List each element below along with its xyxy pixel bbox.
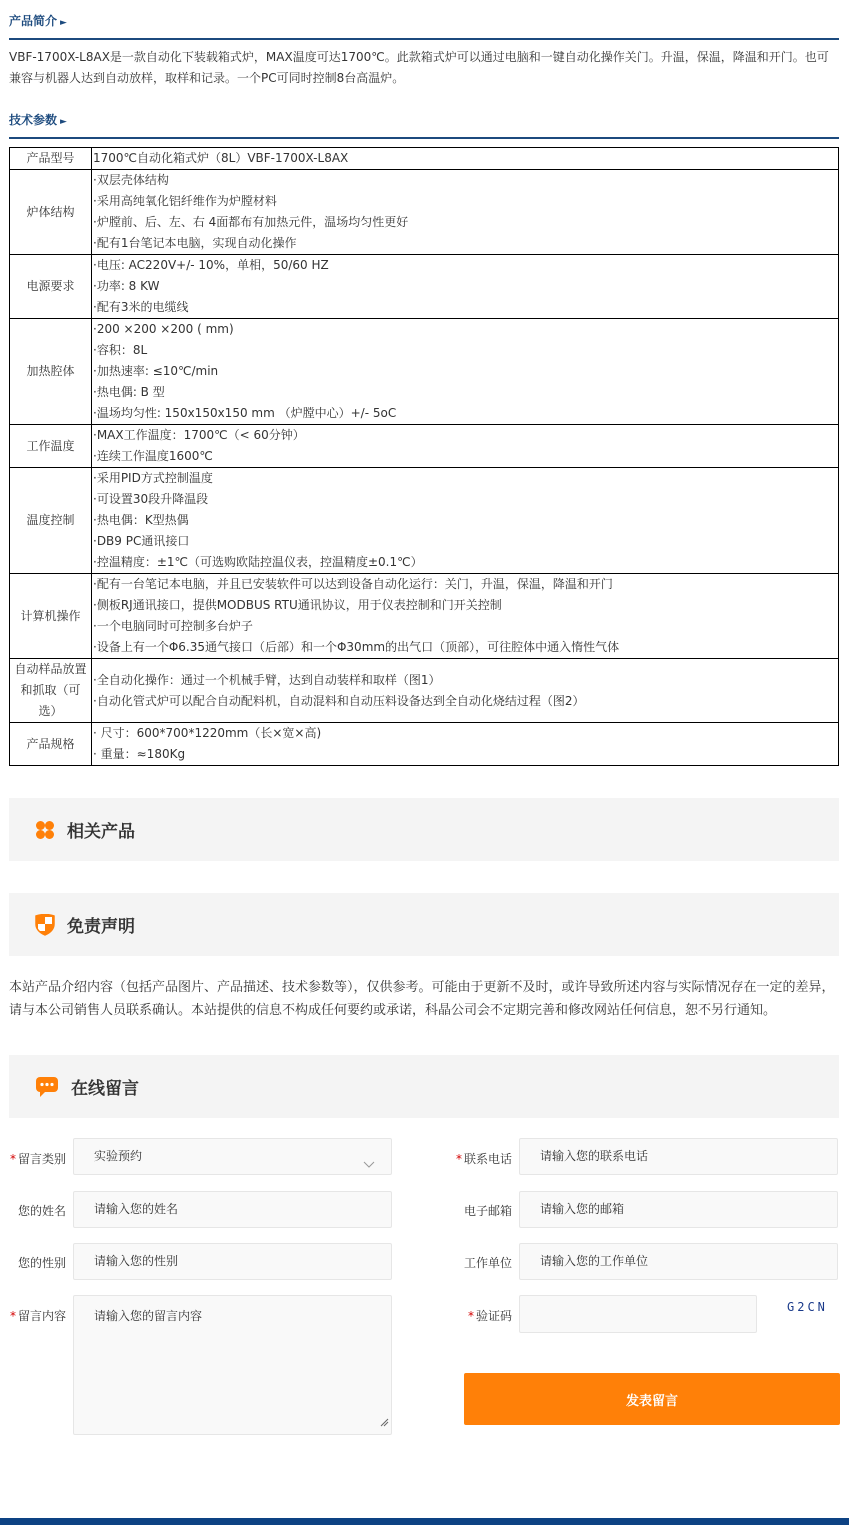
param-line: · 重量：≈180Kg xyxy=(93,744,838,765)
shield-icon xyxy=(35,914,55,936)
email-input[interactable]: 请输入您的邮箱 xyxy=(519,1191,838,1228)
param-key: 产品规格 xyxy=(10,723,92,766)
related-products-title: 相关产品 xyxy=(67,817,135,842)
param-line: ·侧板RJ通讯接口，提供MODBUS RTU通讯协议，用于仪表控制和门开关控制 xyxy=(93,595,838,616)
param-value: ·配有一台笔记本电脑，并且已安装软件可以达到设备自动化运行：关门，升温，保温，降… xyxy=(92,574,839,659)
param-line: ·控温精度：±1℃（可选购欧陆控温仪表，控温精度±0.1℃） xyxy=(93,552,838,573)
param-key: 工作温度 xyxy=(10,425,92,468)
captcha-input[interactable] xyxy=(519,1295,757,1333)
table-row: 产品规格· 尺寸：600*700*1220mm（长×宽×高)· 重量：≈180K… xyxy=(10,723,839,766)
product-intro-title: 产品简介 xyxy=(9,14,57,28)
triangle-right-icon: ► xyxy=(60,117,67,127)
param-line: ·配有一台笔记本电脑，并且已安装软件可以达到设备自动化运行：关门，升温，保温，降… xyxy=(93,574,838,595)
table-row: 自动样品放置和抓取（可选）·全自动化操作：通过一个机械手臂，达到自动装样和取样（… xyxy=(10,659,839,723)
param-value: ·MAX工作温度：1700℃（< 60分钟）·连续工作温度1600℃ xyxy=(92,425,839,468)
name-input[interactable]: 请输入您的姓名 xyxy=(73,1191,392,1228)
message-band: 在线留言 xyxy=(9,1055,839,1118)
param-line: ·双层壳体结构 xyxy=(93,170,838,191)
tech-params-table: 产品型号1700℃自动化箱式炉（8L）VBF-1700X-L8AX炉体结构·双层… xyxy=(9,147,839,766)
param-value: ·电压: AC220V+/- 10%，单相，50/60 HZ·功率: 8 KW·… xyxy=(92,255,839,319)
tech-params-heading: 技术参数► xyxy=(9,111,839,139)
table-row: 工作温度·MAX工作温度：1700℃（< 60分钟）·连续工作温度1600℃ xyxy=(10,425,839,468)
param-line: ·炉膛前、后、左、右 4面都布有加热元件，温场均匀性更好 xyxy=(93,212,838,233)
phone-label: *联系电话 xyxy=(452,1150,512,1167)
content-textarea[interactable]: 请输入您的留言内容 xyxy=(73,1295,392,1435)
required-mark: * xyxy=(10,1309,16,1323)
category-label-text: 留言类别 xyxy=(18,1152,66,1166)
disclaimer-title: 免责声明 xyxy=(67,912,135,937)
phone-label-text: 联系电话 xyxy=(464,1152,512,1166)
captcha-image[interactable]: G2CN xyxy=(787,1300,828,1314)
param-line: ·热电偶: B 型 xyxy=(93,382,838,403)
captcha-label: *验证码 xyxy=(452,1307,512,1324)
submit-message-button[interactable]: 发表留言 xyxy=(464,1373,840,1425)
param-line: ·热电偶：K型热偶 xyxy=(93,510,838,531)
param-key: 加热腔体 xyxy=(10,319,92,425)
footer-bar xyxy=(0,1518,849,1525)
captcha-label-text: 验证码 xyxy=(476,1309,512,1323)
param-line: ·DB9 PC通讯接口 xyxy=(93,531,838,552)
table-row: 产品型号1700℃自动化箱式炉（8L）VBF-1700X-L8AX xyxy=(10,148,839,170)
param-line: ·电压: AC220V+/- 10%，单相，50/60 HZ xyxy=(93,255,838,276)
tech-params-title: 技术参数 xyxy=(9,113,57,127)
table-row: 电源要求·电压: AC220V+/- 10%，单相，50/60 HZ·功率: 8… xyxy=(10,255,839,319)
message-title: 在线留言 xyxy=(71,1074,139,1099)
param-line: ·加热速率: ≤10℃/min xyxy=(93,361,838,382)
product-intro-text: VBF-1700X-L8AX是一款自动化下装载箱式炉，MAX温度可达1700℃。… xyxy=(9,47,839,89)
table-row: 加热腔体·200 ×200 ×200 ( mm)·容积：8L·加热速率: ≤10… xyxy=(10,319,839,425)
required-mark: * xyxy=(10,1152,16,1166)
param-key: 自动样品放置和抓取（可选） xyxy=(10,659,92,723)
param-line: ·200 ×200 ×200 ( mm) xyxy=(93,319,838,340)
param-value: ·采用PID方式控制温度·可设置30段升降温段·热电偶：K型热偶·DB9 PC通… xyxy=(92,468,839,574)
param-line: ·采用PID方式控制温度 xyxy=(93,468,838,489)
param-value: · 尺寸：600*700*1220mm（长×宽×高)· 重量：≈180Kg xyxy=(92,723,839,766)
param-line: ·连续工作温度1600℃ xyxy=(93,446,838,467)
required-mark: * xyxy=(468,1309,474,1323)
param-line: ·容积：8L xyxy=(93,340,838,361)
param-key: 温度控制 xyxy=(10,468,92,574)
param-line: ·温场均匀性: 150x150x150 mm （炉膛中心）+/- 5oC xyxy=(93,403,838,424)
param-line: · 尺寸：600*700*1220mm（长×宽×高) xyxy=(93,723,838,744)
param-line: ·设备上有一个Φ6.35通气接口（后部）和一个Φ30mm的出气口（顶部），可往腔… xyxy=(93,637,838,658)
phone-input[interactable]: 请输入您的联系电话 xyxy=(519,1138,838,1175)
param-value: ·200 ×200 ×200 ( mm)·容积：8L·加热速率: ≤10℃/mi… xyxy=(92,319,839,425)
content-label: *留言内容 xyxy=(6,1307,66,1324)
chat-bubble-icon xyxy=(35,1076,59,1098)
param-value: ·双层壳体结构·采用高纯氧化铝纤维作为炉膛材料·炉膛前、后、左、右 4面都布有加… xyxy=(92,170,839,255)
param-line: ·功率: 8 KW xyxy=(93,276,838,297)
param-key: 产品型号 xyxy=(10,148,92,170)
table-row: 炉体结构·双层壳体结构·采用高纯氧化铝纤维作为炉膛材料·炉膛前、后、左、右 4面… xyxy=(10,170,839,255)
param-line: ·一个电脑同时可控制多台炉子 xyxy=(93,616,838,637)
param-line: ·MAX工作温度：1700℃（< 60分钟） xyxy=(93,425,838,446)
param-key: 电源要求 xyxy=(10,255,92,319)
param-value: 1700℃自动化箱式炉（8L）VBF-1700X-L8AX xyxy=(92,148,839,170)
gender-input[interactable]: 请输入您的性别 xyxy=(73,1243,392,1280)
category-select[interactable]: 实验预约 xyxy=(73,1138,392,1175)
clover-icon xyxy=(35,820,55,840)
param-line: ·可设置30段升降温段 xyxy=(93,489,838,510)
param-line: ·全自动化操作：通过一个机械手臂，达到自动装样和取样（图1） xyxy=(93,670,838,691)
param-line: 1700℃自动化箱式炉（8L）VBF-1700X-L8AX xyxy=(93,148,838,169)
content-label-text: 留言内容 xyxy=(18,1309,66,1323)
gender-label: 您的性别 xyxy=(6,1254,66,1271)
name-label: 您的姓名 xyxy=(6,1202,66,1219)
chevron-down-icon xyxy=(363,1149,375,1184)
param-key: 炉体结构 xyxy=(10,170,92,255)
company-label: 工作单位 xyxy=(452,1254,512,1271)
company-input[interactable]: 请输入您的工作单位 xyxy=(519,1243,838,1280)
category-label: *留言类别 xyxy=(6,1150,66,1167)
category-selected-value: 实验预约 xyxy=(94,1149,142,1163)
table-row: 温度控制·采用PID方式控制温度·可设置30段升降温段·热电偶：K型热偶·DB9… xyxy=(10,468,839,574)
content-placeholder: 请输入您的留言内容 xyxy=(94,1309,202,1323)
resize-handle-icon[interactable] xyxy=(380,1414,389,1432)
product-intro-heading: 产品简介► xyxy=(9,12,839,40)
required-mark: * xyxy=(456,1152,462,1166)
disclaimer-band: 免责声明 xyxy=(9,893,839,956)
related-products-band: 相关产品 xyxy=(9,798,839,861)
param-key: 计算机操作 xyxy=(10,574,92,659)
param-line: ·配有1台笔记本电脑，实现自动化操作 xyxy=(93,233,838,254)
email-label: 电子邮箱 xyxy=(452,1202,512,1219)
param-line: ·自动化管式炉可以配合自动配料机，自动混料和自动压料设备达到全自动化烧结过程（图… xyxy=(93,691,838,712)
param-line: ·采用高纯氧化铝纤维作为炉膛材料 xyxy=(93,191,838,212)
triangle-right-icon: ► xyxy=(60,18,67,28)
table-row: 计算机操作·配有一台笔记本电脑，并且已安装软件可以达到设备自动化运行：关门，升温… xyxy=(10,574,839,659)
param-value: ·全自动化操作：通过一个机械手臂，达到自动装样和取样（图1）·自动化管式炉可以配… xyxy=(92,659,839,723)
param-line: ·配有3米的电缆线 xyxy=(93,297,838,318)
disclaimer-text: 本站产品介绍内容（包括产品图片、产品描述、技术参数等），仅供参考。可能由于更新不… xyxy=(9,976,839,1022)
